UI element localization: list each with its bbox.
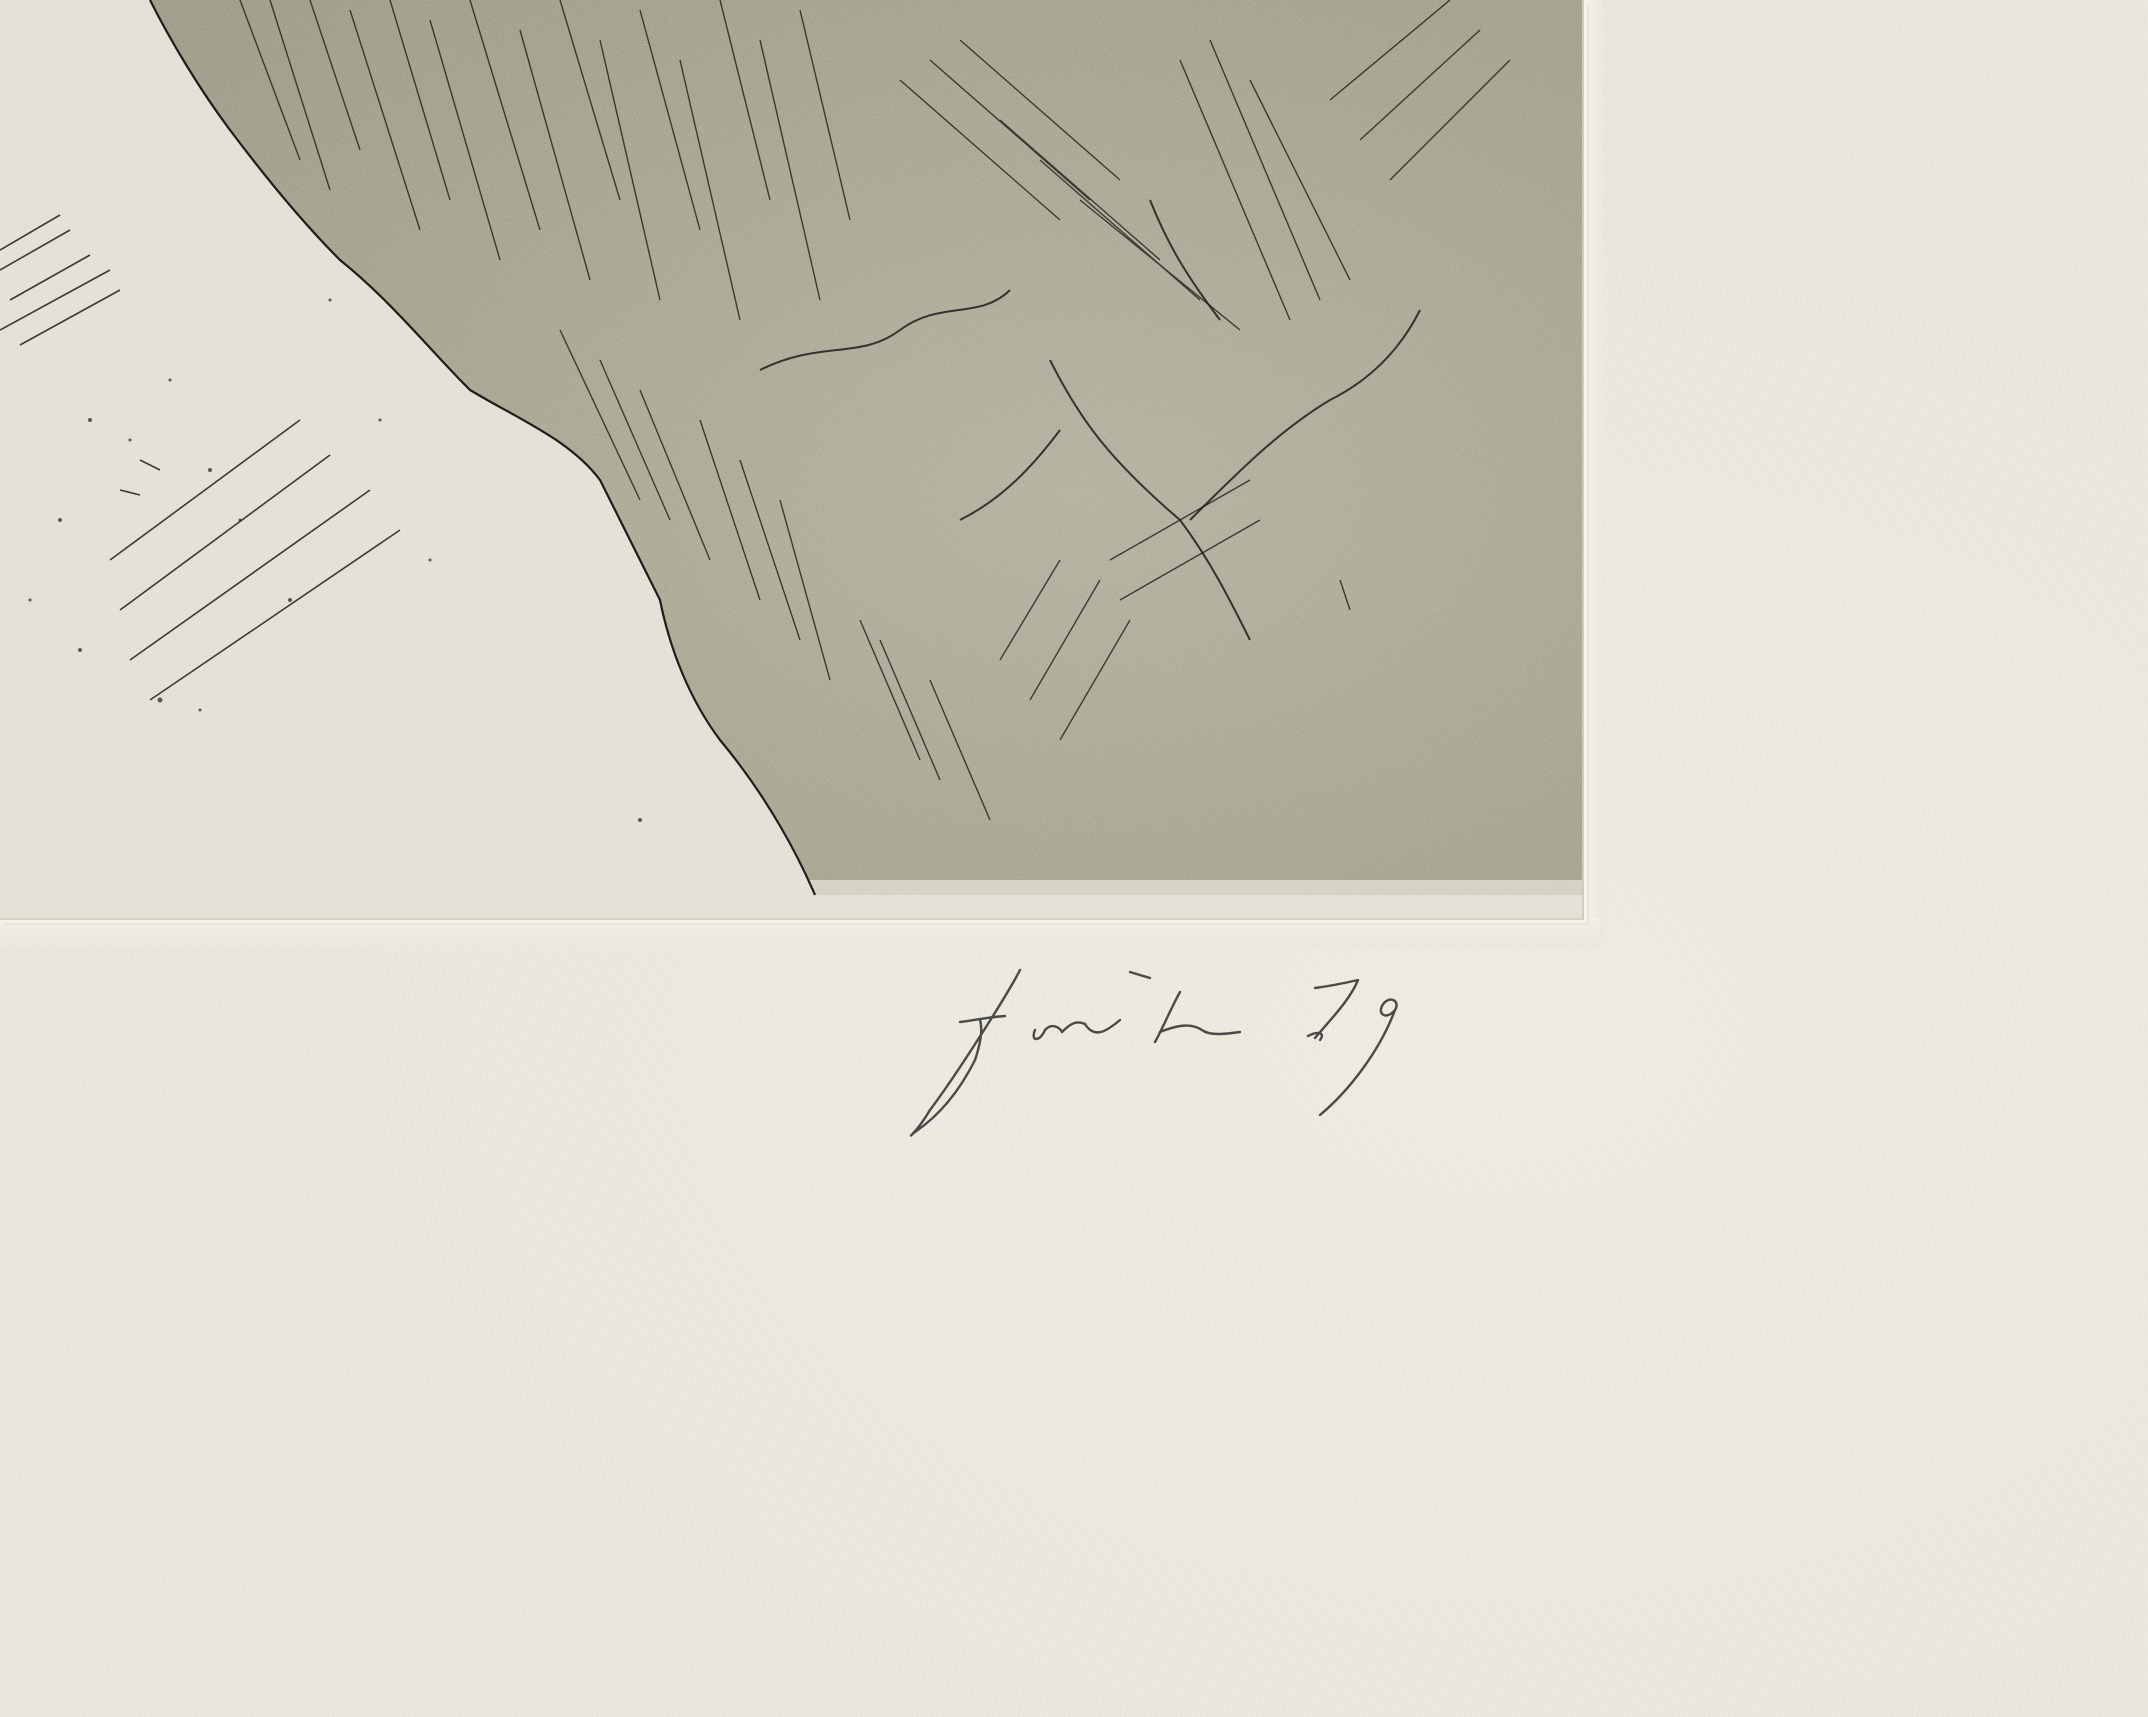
signature-handwriting bbox=[880, 950, 1480, 1170]
etching-plate bbox=[0, 0, 1584, 920]
etching-image bbox=[0, 0, 1582, 918]
artist-signature: Fuchs 79 bbox=[880, 950, 1480, 1170]
artwork-photo: Fuchs 79 bbox=[0, 0, 2148, 1717]
plate-mark-right-edge bbox=[1582, 0, 1604, 945]
plate-mark-bottom-edge bbox=[0, 918, 1600, 948]
